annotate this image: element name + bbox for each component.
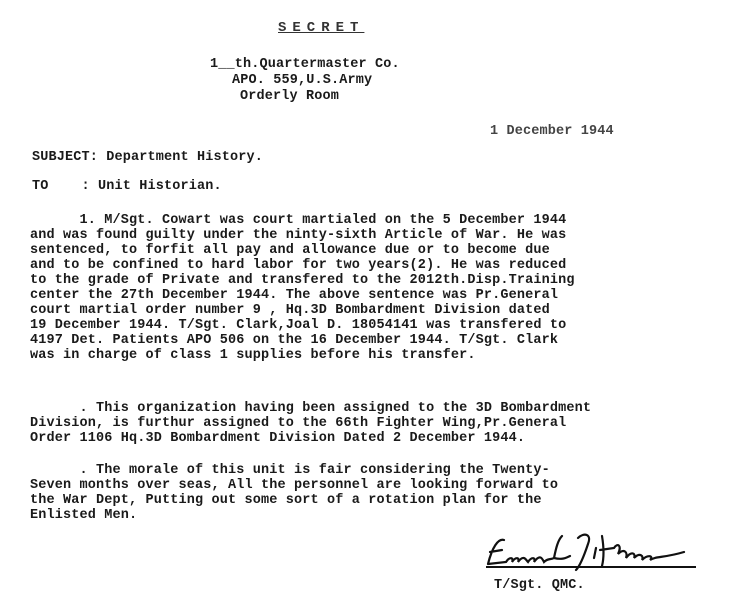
paragraph-line: Division, is furthur assigned to the 66t…	[30, 416, 566, 431]
paragraph-line: center the 27th December 1944. The above…	[30, 288, 558, 303]
paragraph-line: 19 December 1944. T/Sgt. Clark,Joal D. 1…	[30, 318, 566, 333]
paragraph-line: and was found guilty under the ninty-six…	[30, 228, 566, 243]
memo-document: SECRET 1__th.Quartermaster Co. APO. 559,…	[0, 0, 733, 605]
paragraph-line: 1. M/Sgt. Cowart was court martialed on …	[30, 213, 566, 228]
paragraph-line: Seven months over seas, All the personne…	[30, 478, 558, 493]
signatory-title: T/Sgt. QMC.	[494, 578, 585, 593]
signature-underline	[486, 566, 696, 568]
office-name: Orderly Room	[240, 89, 339, 104]
paragraph-line: sentenced, to forfit all pay and allowan…	[30, 243, 550, 258]
subject-line: SUBJECT: Department History.	[32, 150, 263, 165]
memo-date: 1 December 1944	[490, 124, 614, 139]
paragraph-line: was in charge of class 1 supplies before…	[30, 348, 476, 363]
unit-name: 1__th.Quartermaster Co.	[210, 57, 400, 72]
paragraph-line: Enlisted Men.	[30, 508, 137, 523]
subject-text: Department History.	[106, 150, 263, 165]
paragraph-line: . This organization having been assigned…	[30, 401, 591, 416]
paragraph-line: to the grade of Private and transfered t…	[30, 273, 575, 288]
to-label: TO	[32, 179, 49, 194]
to-text: : Unit Historian.	[82, 179, 222, 194]
paragraph-line: and to be confined to hard labor for two…	[30, 258, 566, 273]
classification-stamp: SECRET	[278, 20, 364, 36]
subject-label: SUBJECT:	[32, 150, 98, 165]
to-line: TO : Unit Historian.	[32, 179, 222, 194]
paragraph-line: . The morale of this unit is fair consid…	[30, 463, 550, 478]
paragraph-line: 4197 Det. Patients APO 506 on the 16 Dec…	[30, 333, 558, 348]
paragraph-line: Order 1106 Hq.3D Bombardment Division Da…	[30, 431, 525, 446]
paragraph-line: court martial order number 9 , Hq.3D Bom…	[30, 303, 550, 318]
paragraph-line: the War Dept, Putting out some sort of a…	[30, 493, 542, 508]
apo-address: APO. 559,U.S.Army	[232, 73, 372, 88]
